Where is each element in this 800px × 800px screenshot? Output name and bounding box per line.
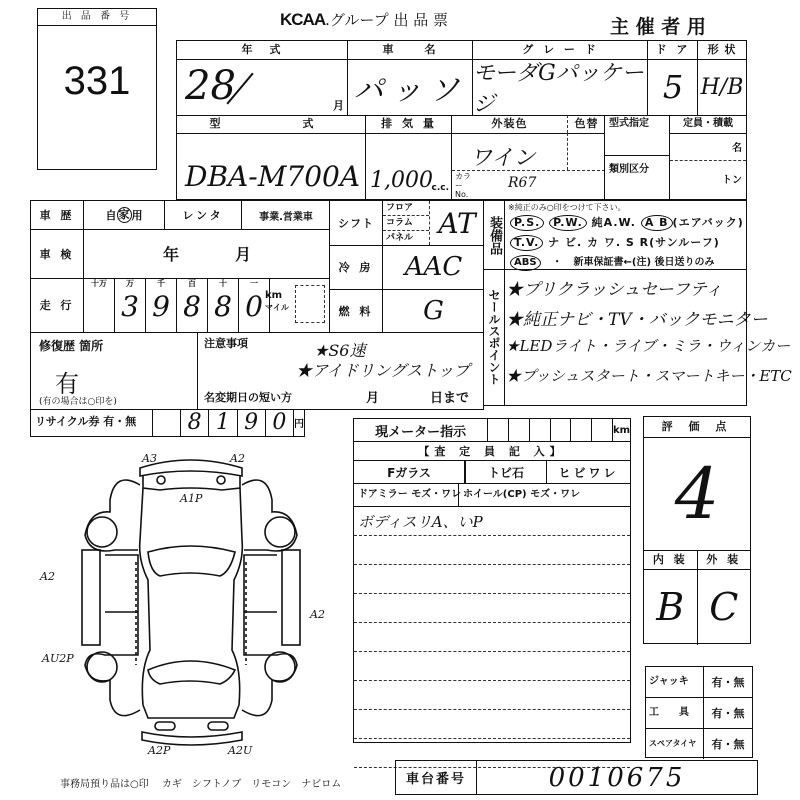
exterior-color: ワイン — [470, 141, 535, 172]
inspector-box: 現メーター指示 km 【査 定 員 記 入】 Fガラス トビ石 ヒビワレ ドアミ… — [353, 418, 631, 743]
color-cell: 外装色 色替 ワイン カラー No. R67 — [451, 115, 605, 200]
history-private[interactable]: 自家用 — [84, 201, 165, 229]
doors-cell: ド ア 5 — [647, 40, 698, 116]
mileage-digit: 百8 — [177, 278, 208, 332]
doors: 5 — [648, 60, 698, 114]
damage-mark: AU2P — [41, 652, 74, 665]
inspection-row: 車 検 年 月 — [30, 229, 330, 279]
form-title: KCAA.グループ 出 品 票 — [280, 8, 448, 32]
damage-diagram: A3A2A1PA2A2AU2PA2PA2U — [30, 440, 350, 760]
equip-pw[interactable]: P.W. — [549, 215, 587, 231]
history-rental[interactable]: レンタ — [165, 201, 242, 229]
vehicle-table-top: 年 式 28 月 — [176, 40, 348, 116]
interior-grade: B — [644, 570, 697, 644]
model-code-cell: 型 式 DBA-M700A — [176, 115, 366, 200]
equip-warranty: 新車保証書←(注) 後日送りのみ — [574, 257, 715, 268]
fuel-value: G — [383, 289, 484, 332]
sales-point: ★プリクラッシュセーフティ — [506, 275, 792, 305]
damage-mark: A2 — [229, 452, 245, 465]
recycle-digit: 9 — [238, 409, 266, 436]
displacement-cell: 排 気 量 1,000 c.c. — [365, 115, 452, 200]
grade-cell: グ レ ー ド モーダGパッケージ — [472, 40, 648, 116]
damage-mark: A3 — [141, 452, 157, 465]
remark-line — [354, 681, 630, 710]
shift-value: AT — [430, 201, 484, 245]
accessories-box: ジャッキ有・無工 具有・無スペアタイヤ有・無 — [645, 666, 753, 758]
meter-digit[interactable] — [551, 419, 572, 441]
grade-name: モーダGパッケージ — [473, 60, 648, 114]
recycle-digit: 8 — [181, 409, 209, 436]
remark-line: ボディスリA、いP — [354, 507, 630, 536]
damage-mark: A2 — [39, 570, 55, 583]
color-number: R67 — [508, 175, 536, 191]
recycle-digit — [153, 409, 181, 436]
lot-number-label: 出 品 番 号 — [38, 9, 156, 26]
remark-line — [354, 594, 630, 623]
equip-sunroof[interactable]: S R — [626, 236, 649, 249]
accessory-row: ジャッキ有・無 — [646, 667, 752, 698]
meter-digit[interactable] — [571, 419, 592, 441]
aircon-value: AAC — [383, 245, 484, 289]
equipment-box: 装備品 ※純正のみ○印をつけて下さい。 P.S. P.W. 純A.W. A B(… — [483, 200, 747, 270]
copy-label: 主 催 者 用 — [610, 12, 706, 39]
brand-logo: KCAA — [280, 10, 325, 29]
repair-box: 修復歴 箇所 有 (有の場合は○印を) — [30, 332, 198, 410]
aircon-row: 冷 房 AAC — [329, 245, 484, 290]
displacement: 1,000 — [370, 168, 433, 193]
sales-point: ★LEDライト・ライブ・ミラ・ウィンカー — [506, 335, 792, 365]
damage-mark: A2 — [309, 608, 325, 621]
capacity-cell: 定員・積載 名 トン — [669, 115, 747, 200]
mileage-unit: km マイル — [265, 290, 289, 314]
notes-box: 注意事項 ★S6速 ★アイドリングストップ 名変期日の短い方 月 日まで — [197, 332, 484, 410]
recycle-row: リサイクル券 有・無 8190円 — [30, 409, 305, 437]
remark-line — [354, 710, 630, 739]
lot-number-box: 出 品 番 号 331 — [37, 8, 157, 170]
remark-line — [354, 652, 630, 681]
chassis-number: 0010675 — [477, 761, 757, 794]
car-name-cell: 車 名 パッソ — [347, 40, 473, 116]
meter-digit[interactable] — [509, 419, 530, 441]
car-name: パッソ — [348, 60, 473, 114]
model-code: DBA-M700A — [185, 160, 360, 193]
remark-line — [354, 536, 630, 565]
equip-alloy[interactable]: 純A.W. — [592, 216, 636, 229]
type-designation-cell: 型式指定 類別区分 — [604, 115, 670, 200]
remark-line — [354, 565, 630, 594]
chip-option[interactable]: トビ石 — [466, 461, 547, 483]
history-row: 車 歴 自家用 レンタ 事業.営業車 — [30, 200, 330, 230]
equip-tv[interactable]: T.V. — [510, 235, 543, 251]
note-line: ★アイドリングストップ — [296, 358, 470, 381]
meter-digit[interactable] — [592, 419, 613, 441]
mileage-digit: 万3 — [115, 278, 146, 332]
accessory-row: スペアタイヤ有・無 — [646, 729, 752, 759]
accessory-row: 工 具有・無 — [646, 698, 752, 729]
mileage-digit: 十8 — [208, 278, 239, 332]
exterior-grade: C — [698, 570, 751, 644]
mileage-digit: 十万 — [84, 278, 115, 332]
remark-line — [354, 623, 630, 652]
fuel-row: 燃 料 G — [329, 289, 484, 333]
equip-ps[interactable]: P.S. — [510, 215, 544, 231]
deposit-note: 事務局預り品は○印 カギ シフトノブ リモコン ナビロム — [60, 775, 341, 790]
remarks-lines: ボディスリA、いP — [354, 507, 630, 768]
equip-airbag[interactable]: A B — [641, 215, 673, 231]
chassis-box: 車台番号 0010675 — [395, 760, 758, 795]
mileage-unit-box[interactable] — [295, 285, 325, 323]
meter-digit[interactable] — [488, 419, 509, 441]
lot-number: 331 — [38, 26, 156, 136]
overall-score: 4 — [644, 438, 750, 550]
history-business[interactable]: 事業.営業車 — [242, 201, 330, 229]
sales-point: ★プッシュスタート・スマートキー・ETC — [506, 365, 792, 395]
sales-point: ★純正ナビ・TV・バックモニター — [506, 305, 792, 335]
score-box: 評 価 点 4 内 装 B 外 装 C — [643, 416, 751, 644]
shape-cell: 形 状 H/B — [697, 40, 747, 116]
recycle-digit: 0 — [266, 409, 294, 436]
mileage-digit: 千9 — [146, 278, 177, 332]
damage-mark: A2U — [227, 744, 253, 757]
body-shape: H/B — [698, 60, 746, 114]
equip-navi[interactable]: ナ ビ. — [548, 236, 582, 249]
meter-digit[interactable] — [530, 419, 551, 441]
sales-points-box: セールスポイント ★プリクラッシュセーフティ ★純正ナビ・TV・バックモニター … — [483, 269, 747, 406]
shift-row: シフト フロア コラム パネル AT — [329, 200, 484, 246]
equip-leather[interactable]: カ ワ. — [587, 236, 621, 249]
damage-mark: A2P — [147, 744, 171, 757]
recycle-digit: 1 — [209, 409, 237, 436]
damage-mark: A1P — [179, 492, 203, 505]
